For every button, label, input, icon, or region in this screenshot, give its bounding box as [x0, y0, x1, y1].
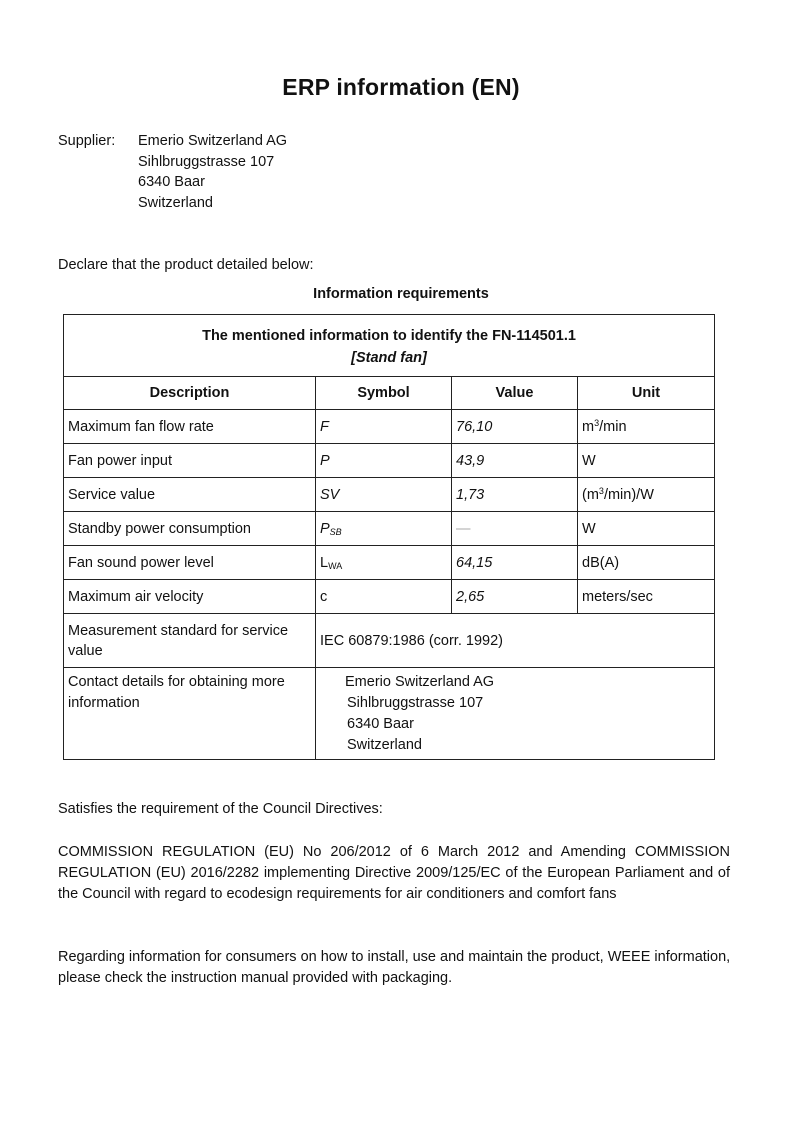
table-row: Maximum fan flow rateF76,10m3/min: [64, 410, 715, 444]
row-unit: m3/min: [578, 410, 715, 444]
row-symbol: SV: [316, 478, 452, 512]
product-type: [Stand fan]: [68, 347, 710, 369]
column-header-description: Description: [64, 377, 316, 410]
row-description: Service value: [64, 478, 316, 512]
contact-line: Switzerland: [345, 735, 710, 756]
contact-line: 6340 Baar: [345, 714, 710, 735]
contact-line: Emerio Switzerland AG: [345, 672, 710, 693]
supplier-line: 6340 Baar: [138, 172, 287, 193]
column-header-unit: Unit: [578, 377, 715, 410]
table-title: The mentioned information to identify th…: [68, 325, 710, 347]
consumers-text: Regarding information for consumers on h…: [58, 947, 758, 989]
contact-line: Sihlbruggstrasse 107: [345, 693, 710, 714]
supplier-line: Emerio Switzerland AG: [138, 131, 287, 152]
row-unit: dB(A): [578, 546, 715, 580]
row-value: 2,65: [452, 580, 578, 614]
row-symbol: c: [316, 580, 452, 614]
table-title-cell: The mentioned information to identify th…: [64, 315, 715, 377]
row-value: 43,9: [452, 444, 578, 478]
row-unit: (m3/min)/W: [578, 478, 715, 512]
row-symbol: PSB: [316, 512, 452, 546]
row-symbol: P: [316, 444, 452, 478]
row-symbol: LWA: [316, 546, 452, 580]
table-row-measurement-standard: Measurement standard for service value I…: [64, 614, 715, 668]
satisfies-text: Satisfies the requirement of the Council…: [58, 801, 383, 817]
declare-text: Declare that the product detailed below:: [58, 257, 314, 273]
table-row: Service valueSV1,73(m3/min)/W: [64, 478, 715, 512]
row-unit: W: [578, 444, 715, 478]
table-row: Maximum air velocityc2,65meters/sec: [64, 580, 715, 614]
table-row: Fan power inputP43,9W: [64, 444, 715, 478]
regulation-text: COMMISSION REGULATION (EU) No 206/2012 o…: [58, 842, 730, 905]
row-value: —: [452, 512, 578, 546]
row-unit: W: [578, 512, 715, 546]
table-row: Fan sound power levelLWA64,15dB(A): [64, 546, 715, 580]
row-description: Maximum fan flow rate: [64, 410, 316, 444]
column-header-value: Value: [452, 377, 578, 410]
contact-details: Emerio Switzerland AG Sihlbruggstrasse 1…: [316, 668, 715, 760]
info-requirements-heading: Information requirements: [0, 286, 802, 302]
supplier-label: Supplier:: [58, 131, 138, 152]
row-description: Fan sound power level: [64, 546, 316, 580]
contact-label: Contact details for obtaining more infor…: [64, 668, 316, 760]
supplier-address: Emerio Switzerland AG Sihlbruggstrasse 1…: [138, 131, 287, 214]
row-symbol: F: [316, 410, 452, 444]
row-value: 76,10: [452, 410, 578, 444]
measurement-standard-label: Measurement standard for service value: [64, 614, 316, 668]
row-unit: meters/sec: [578, 580, 715, 614]
row-description: Maximum air velocity: [64, 580, 316, 614]
page-title: ERP information (EN): [0, 74, 802, 101]
row-description: Fan power input: [64, 444, 316, 478]
table-row: Standby power consumptionPSB—W: [64, 512, 715, 546]
supplier-line: Switzerland: [138, 193, 287, 214]
measurement-standard-value: IEC 60879:1986 (corr. 1992): [316, 614, 715, 668]
row-value: 64,15: [452, 546, 578, 580]
row-description: Standby power consumption: [64, 512, 316, 546]
supplier-line: Sihlbruggstrasse 107: [138, 152, 287, 173]
table-row-contact: Contact details for obtaining more infor…: [64, 668, 715, 760]
row-value: 1,73: [452, 478, 578, 512]
column-header-symbol: Symbol: [316, 377, 452, 410]
erp-info-table: The mentioned information to identify th…: [63, 314, 715, 760]
